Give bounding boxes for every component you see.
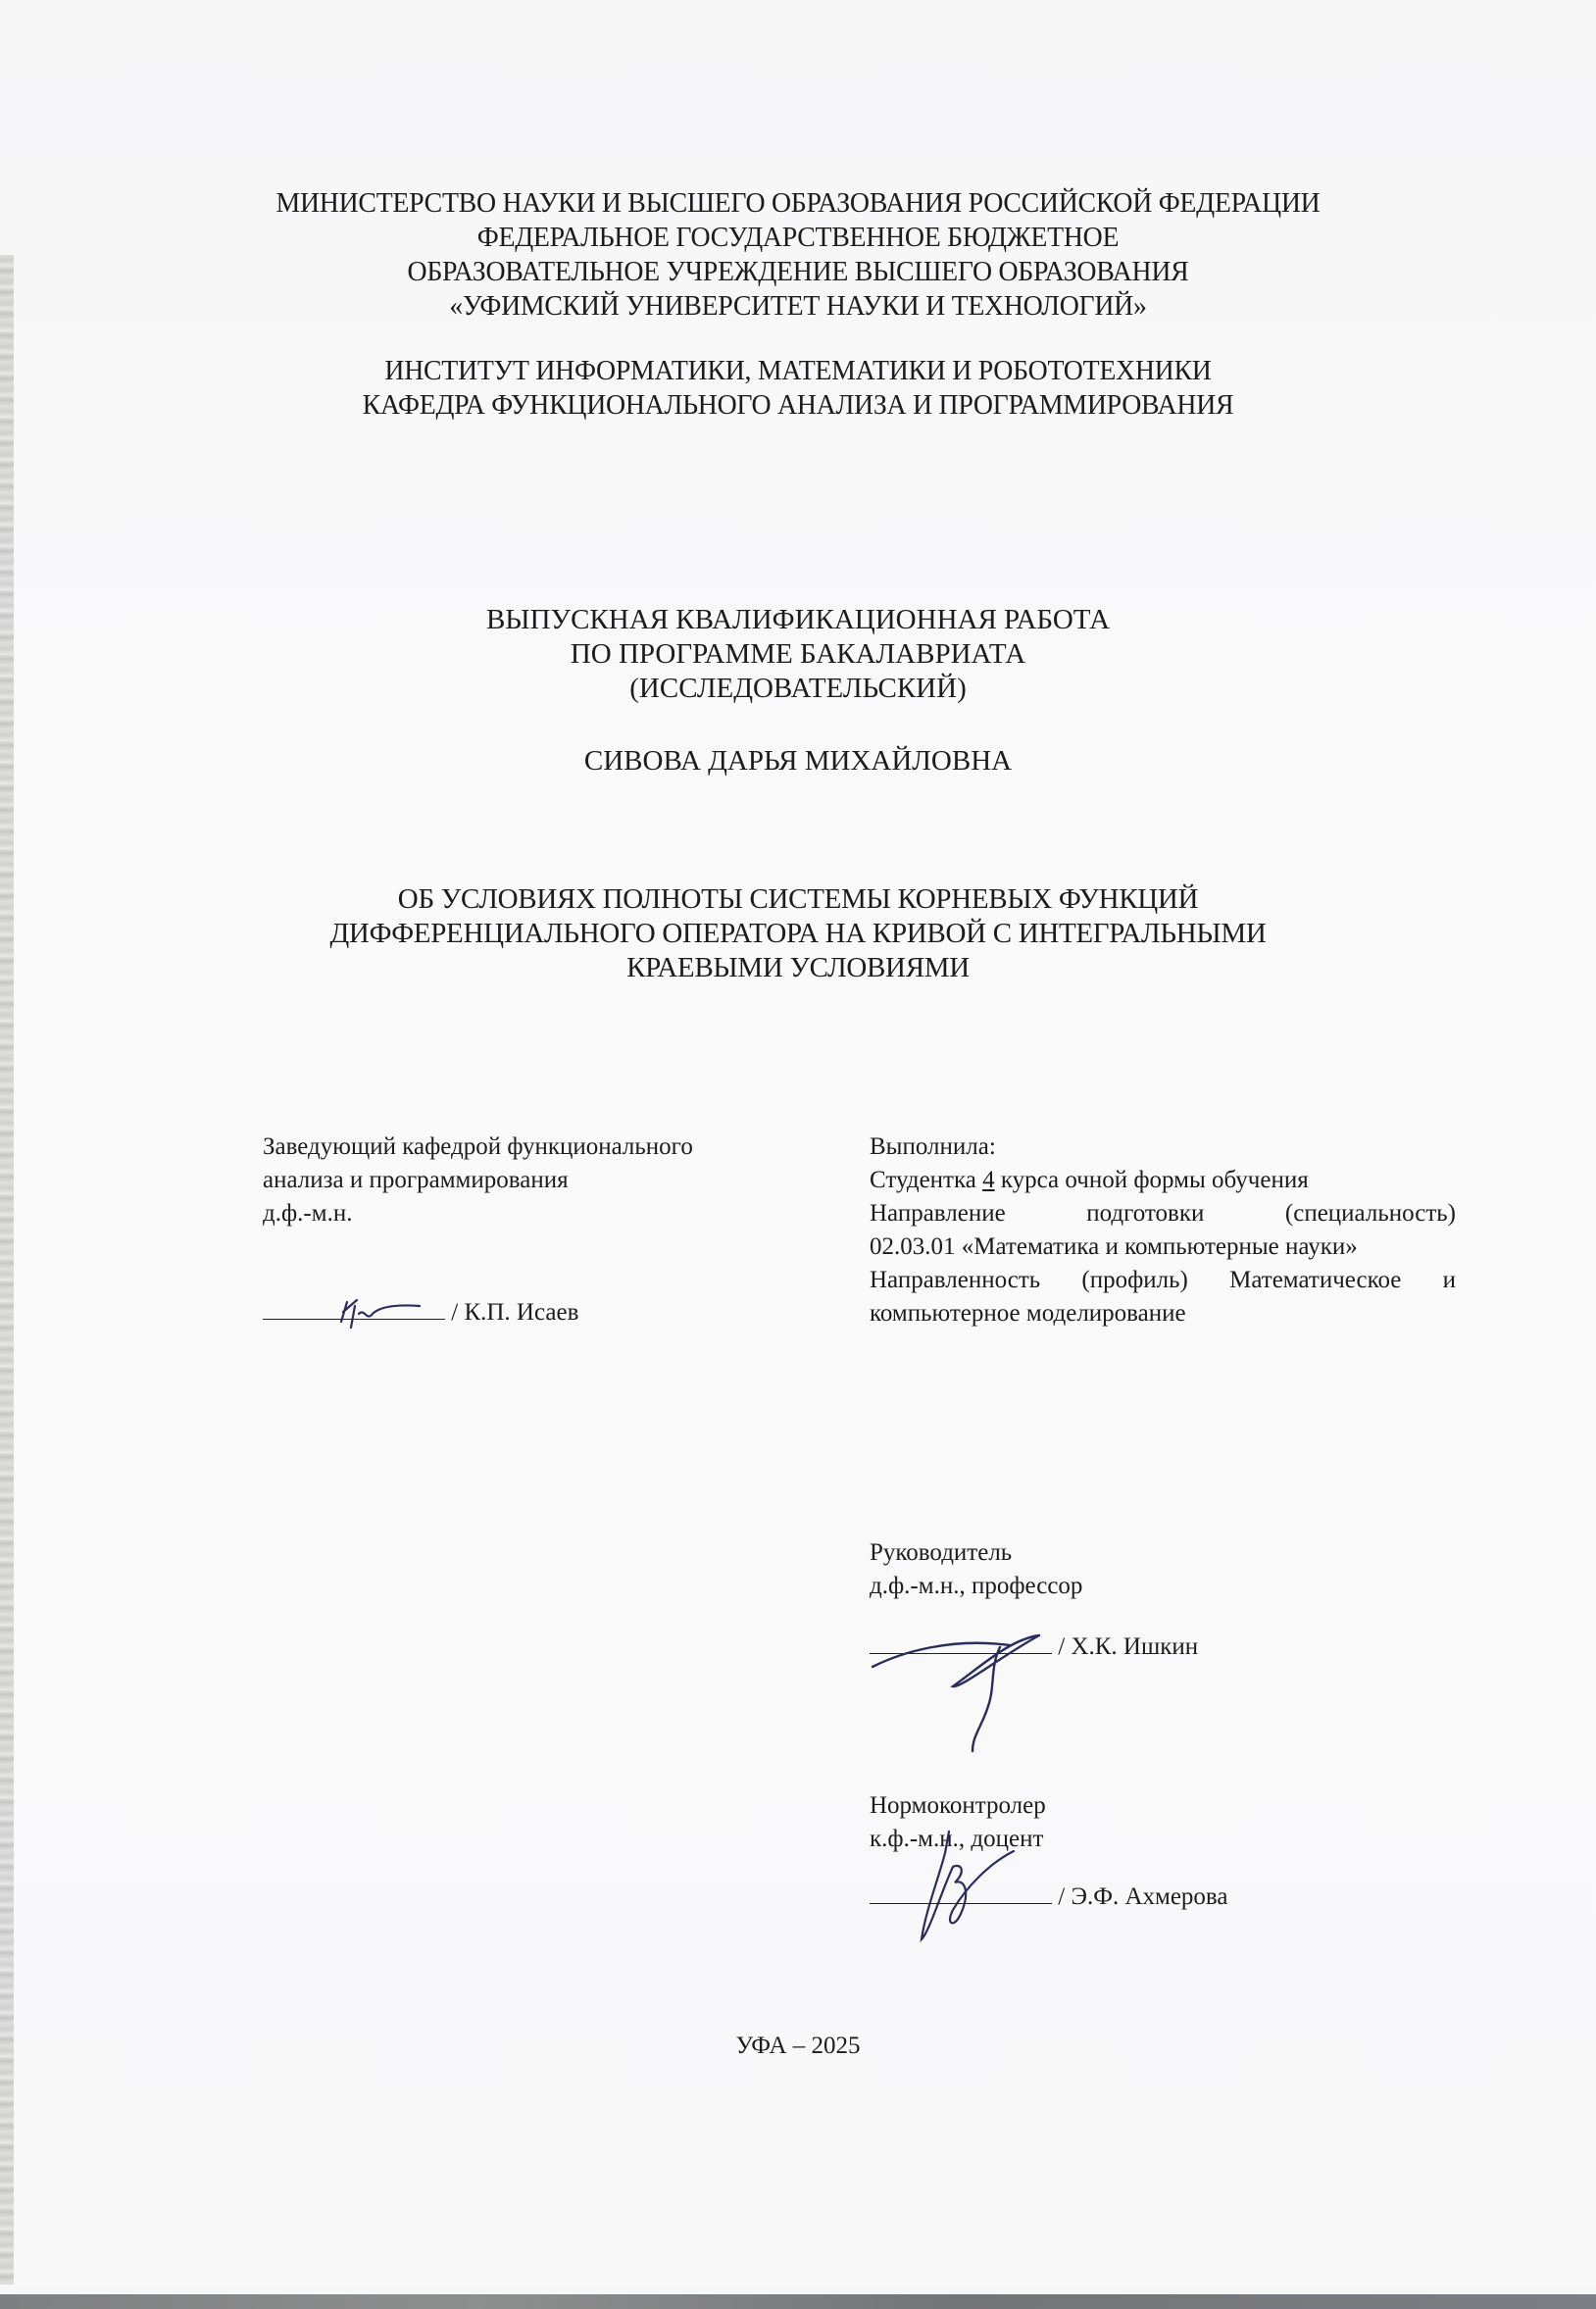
thesis-title-line: КРАЕВЫМИ УСЛОВИЯМИ — [0, 951, 1596, 985]
thesis-title: ОБ УСЛОВИЯХ ПОЛНОТЫ СИСТЕМЫ КОРНЕВЫХ ФУН… — [0, 882, 1596, 985]
course-number: 4 — [982, 1167, 995, 1193]
student-block: Выполнила: Студентка 4 курса очной формы… — [870, 1130, 1456, 1330]
city-year: УФА – 2025 — [0, 2030, 1596, 2063]
thesis-title-line: ОБ УСЛОВИЯХ ПОЛНОТЫ СИСТЕМЫ КОРНЕВЫХ ФУН… — [0, 882, 1596, 917]
institute-line: ИНСТИТУТ ИНФОРМАТИКИ, МАТЕМАТИКИ И РОБОТ… — [32, 354, 1565, 388]
signature-line — [870, 1883, 1052, 1904]
scan-bottom-edge — [0, 2294, 1596, 2309]
supervisor-block: Руководитель д.ф.-м.н., профессор — [870, 1536, 1082, 1603]
norm-controller-signature-row: / Э.Ф. Ахмерова — [870, 1881, 1228, 1914]
author-name: СИВОВА ДАРЬЯ МИХАЙЛОВНА — [0, 744, 1596, 778]
work-type-line: ПО ПРОГРАММЕ БАКАЛАВРИАТА — [0, 637, 1596, 672]
scan-left-edge — [0, 255, 14, 2284]
head-degree: д.ф.-м.н. — [263, 1197, 812, 1230]
student-course: Студентка 4 курса очной формы обучения — [870, 1164, 1456, 1197]
supervisor-degree: д.ф.-м.н., профессор — [870, 1570, 1082, 1603]
ministry-line: ФЕДЕРАЛЬНОЕ ГОСУДАРСТВЕННОЕ БЮДЖЕТНОЕ — [32, 221, 1565, 255]
head-of-department-block: Заведующий кафедрой функционального анал… — [263, 1130, 812, 1230]
direction-line: Направление подготовки (специальность) — [870, 1197, 1456, 1230]
norm-controller-name: / Э.Ф. Ахмерова — [1058, 1883, 1227, 1910]
ministry-line: МИНИСТЕРСТВО НАУКИ И ВЫСШЕГО ОБРАЗОВАНИЯ… — [32, 186, 1565, 221]
thesis-title-line: ДИФФЕРЕНЦИАЛЬНОГО ОПЕРАТОРА НА КРИВОЙ С … — [0, 917, 1596, 951]
ministry-line: «УФИМСКИЙ УНИВЕРСИТЕТ НАУКИ И ТЕХНОЛОГИЙ… — [32, 289, 1565, 324]
head-position: анализа и программирования — [263, 1164, 812, 1197]
department-line: КАФЕДРА ФУНКЦИОНАЛЬНОГО АНАЛИЗА И ПРОГРА… — [32, 388, 1565, 423]
profile-cont: компьютерное моделирование — [870, 1297, 1456, 1330]
institute-header: ИНСТИТУТ ИНФОРМАТИКИ, МАТЕМАТИКИ И РОБОТ… — [32, 354, 1565, 423]
head-name: / К.П. Исаев — [451, 1299, 578, 1326]
head-position: Заведующий кафедрой функционального — [263, 1130, 812, 1164]
supervisor-name: / Х.К. Ишкин — [1058, 1633, 1198, 1660]
work-type-line: ВЫПУСКНАЯ КВАЛИФИКАЦИОННАЯ РАБОТА — [0, 603, 1596, 637]
ministry-header: МИНИСТЕРСТВО НАУКИ И ВЫСШЕГО ОБРАЗОВАНИЯ… — [32, 186, 1565, 324]
work-type: ВЫПУСКНАЯ КВАЛИФИКАЦИОННАЯ РАБОТА ПО ПРО… — [0, 603, 1596, 706]
head-signature-icon — [333, 1292, 431, 1341]
supervisor-role: Руководитель — [870, 1536, 1082, 1570]
work-type-line: (ИССЛЕДОВАТЕЛЬСКИЙ) — [0, 672, 1596, 706]
performed-label: Выполнила: — [870, 1130, 1456, 1164]
title-page: МИНИСТЕРСТВО НАУКИ И ВЫСШЕГО ОБРАЗОВАНИЯ… — [0, 0, 1596, 2284]
supervisor-signature-icon — [863, 1608, 1059, 1755]
norm-controller-role: Нормоконтролер — [870, 1789, 1046, 1823]
direction-code: 02.03.01 «Математика и компьютерные наук… — [870, 1230, 1456, 1264]
profile-line: Направленность (профиль) Математическое … — [870, 1264, 1456, 1297]
ministry-line: ОБРАЗОВАТЕЛЬНОЕ УЧРЕЖДЕНИЕ ВЫСШЕГО ОБРАЗ… — [32, 255, 1565, 289]
